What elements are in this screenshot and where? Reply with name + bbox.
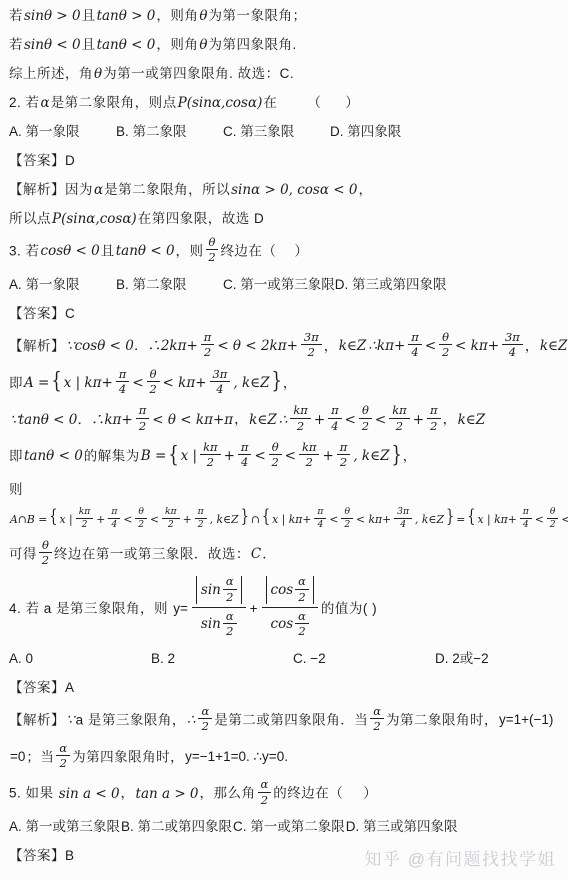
fraction-denominator: 2 <box>359 419 372 432</box>
fraction: θ2 <box>341 507 353 530</box>
fraction-denominator: 4 <box>502 345 523 358</box>
watermark: 知乎 @有问题找找学姐 <box>365 845 556 870</box>
text: 是第二象限角，则点 <box>51 95 177 110</box>
brace-glyph: { <box>50 367 62 395</box>
fraction-denominator: 4 <box>328 419 342 432</box>
answer-line: 【答案】D <box>9 151 562 171</box>
fraction-denominator: 4 <box>238 455 252 468</box>
math-text: < <box>284 448 297 464</box>
math-text: tanθ < 0 <box>115 243 176 259</box>
fraction: 3π4 <box>502 331 523 359</box>
text: 4. 若 a 是第三象限角，则 <box>9 601 172 616</box>
fraction: π4 <box>408 331 422 359</box>
fraction-denominator: 2 <box>200 455 221 468</box>
fraction: kπ2 <box>389 404 410 432</box>
text: 的值为( ) <box>321 601 377 616</box>
math-text: k∈Z <box>338 338 368 354</box>
fraction-denominator: 2 <box>162 519 180 530</box>
text: 可得 <box>9 546 37 561</box>
fraction-numerator: θ <box>39 539 52 553</box>
math-text: < kπ+ <box>560 513 568 526</box>
math-text: < θ < kπ+π <box>151 412 234 428</box>
fraction: θ2 <box>439 331 452 359</box>
fraction: kπ2 <box>290 404 311 432</box>
solution-line: A∩B ={x |kπ2+π4<θ2<kπ2+π2, k∈Z}∩{x | kπ+… <box>9 509 562 532</box>
fraction-denominator: 2 <box>135 519 147 530</box>
fraction: π4 <box>328 404 342 432</box>
math-text: < <box>534 513 545 526</box>
text: 3. 若 <box>9 243 40 258</box>
text: 【答案】C <box>9 306 75 321</box>
option-item: B. 2 <box>151 649 293 669</box>
solution-line: 若sinθ < 0且tanθ < 0，则角θ为第四象限角. <box>9 35 562 55</box>
fraction-numerator: kπ <box>389 404 410 418</box>
math-text: + <box>313 412 326 428</box>
math-text: θ <box>198 8 208 24</box>
fraction-denominator: 4 <box>108 519 120 530</box>
fraction-numerator: kπ <box>76 507 94 519</box>
solution-line: 综上所述，角θ为第一或第四象限角. 故选：C. <box>9 64 562 84</box>
fraction-numerator: kπ <box>162 507 180 519</box>
math-text: sin <box>200 582 222 598</box>
fraction-numerator: π <box>136 404 150 418</box>
math-text: < kπ+ <box>454 338 500 354</box>
brace-glyph: } <box>445 504 455 532</box>
math-text: k∈Z <box>457 412 487 428</box>
math-text: tanθ < 0 <box>96 37 157 53</box>
solution-line: 若sinθ > 0且tanθ > 0，则角θ为第一象限角； <box>9 6 562 26</box>
fraction-denominator: sinα2 <box>192 608 246 639</box>
fraction: π2 <box>201 331 215 359</box>
fraction-numerator: π <box>116 368 130 382</box>
math-text: = <box>455 513 466 526</box>
text: ， <box>121 786 135 801</box>
math-text: y= <box>172 601 189 616</box>
fraction-denominator: 2 <box>427 419 441 432</box>
text: 且 <box>101 243 115 258</box>
fraction: π4 <box>238 441 252 469</box>
text: ， <box>403 448 417 463</box>
text: 终边在（ <box>220 243 276 258</box>
math-text: θ <box>198 37 208 53</box>
math-text: ∴kπ+ <box>367 338 406 354</box>
text: （ <box>307 95 321 110</box>
fraction-denominator: 2 <box>56 756 70 769</box>
option-item: C. −2 <box>293 649 435 669</box>
fraction-denominator: 2 <box>295 590 309 603</box>
math-text: + <box>321 448 334 464</box>
options-line: A. 第一或第三象限B. 第二或第四象限C. 第一或第二象限D. 第三或第四象限 <box>9 817 562 837</box>
option-item: D. 2或−2 <box>435 649 568 669</box>
fraction-denominator: 2 <box>439 345 452 358</box>
fraction-denominator: 4 <box>394 519 412 530</box>
text: 为第四象限角时， <box>72 749 184 764</box>
text: 终边在第一或第三象限．故选： <box>54 546 250 561</box>
text: 是第二象限角，所以 <box>104 182 230 197</box>
math-text: sin a < 0 <box>58 786 121 802</box>
text: ；当 <box>26 749 54 764</box>
fraction: π4 <box>314 507 326 530</box>
math-text: ∵ <box>65 712 76 728</box>
option-item: A. 0 <box>9 649 151 669</box>
text: 的解集为 <box>84 448 140 463</box>
fraction: 3π4 <box>394 507 412 530</box>
question-line: 4. 若 a 是第三象限角，则 y=sinα2sinα2+cosα2cosα2的… <box>9 577 562 642</box>
absolute-value-bars: cosα2 <box>266 576 314 604</box>
math-text: B = <box>140 448 168 464</box>
fraction-denominator: 2 <box>201 345 215 358</box>
fraction: α2 <box>223 610 237 638</box>
fraction-denominator: 2 <box>299 455 320 468</box>
math-text: sinθ < 0 <box>23 37 82 53</box>
option-item: B. 第二象限 <box>116 275 223 295</box>
fraction-denominator: 2 <box>206 250 219 263</box>
solution-line: 则 <box>9 480 562 500</box>
solution-line: 【解析】∵a 是第三象限角，∴α2是第二或第四象限角．当α2为第二象限角时，y=… <box>9 707 562 735</box>
fraction: α2 <box>370 705 384 733</box>
fraction-denominator: 4 <box>408 345 422 358</box>
fraction: α2 <box>223 575 237 603</box>
fraction: π2 <box>427 404 441 432</box>
math-text: ∴ <box>278 412 289 428</box>
fraction-denominator: cosα2 <box>262 608 318 639</box>
text: ， <box>283 375 297 390</box>
fraction-numerator: kπ <box>299 441 320 455</box>
math-text: tan a > 0 <box>135 786 200 802</box>
fraction-denominator: 2 <box>290 419 311 432</box>
fraction: θ2 <box>135 507 147 530</box>
solution-line: 【解析】因为α是第二象限角，所以sinα > 0, cosα < 0， <box>9 180 562 200</box>
math-text: θ <box>93 66 103 82</box>
math-text: A = <box>23 375 50 391</box>
fraction-denominator: 2 <box>195 519 207 530</box>
text: ） <box>363 786 377 801</box>
math-text: A∩B = <box>9 513 48 526</box>
math-text: cosθ < 0 <box>40 243 101 259</box>
math-text: , k∈Z <box>232 375 270 391</box>
math-text: + <box>249 601 259 616</box>
solution-line: 可得θ2终边在第一或第三象限．故选：C． <box>9 541 562 569</box>
fraction: π4 <box>108 507 120 530</box>
math-text: sinα > 0, cosα < 0 <box>230 182 358 198</box>
fraction: α2 <box>295 575 309 603</box>
fraction-denominator: 2 <box>223 624 237 637</box>
fraction-numerator: θ <box>341 507 353 519</box>
fraction: θ2 <box>147 368 160 396</box>
text: 综上所述，角 <box>9 66 93 81</box>
text: 即 <box>9 375 23 390</box>
fraction-denominator: 2 <box>136 419 150 432</box>
text: ） <box>294 243 308 258</box>
text: 【答案】B <box>9 848 75 863</box>
text: 为第一或第四象限角. 故选：C. <box>103 66 294 81</box>
fraction: α2 <box>258 778 272 806</box>
math-text: tanθ > 0 <box>96 8 157 24</box>
text: 是第二或第四象限角．当 <box>214 712 368 727</box>
fraction-numerator: cosα2 <box>262 574 318 608</box>
fraction-denominator: 2 <box>389 419 410 432</box>
option-item: C. 第一或第三象限 <box>223 275 335 295</box>
fraction-denominator: 2 <box>301 345 322 358</box>
fraction-numerator: θ <box>269 441 282 455</box>
options-line: A. 第一象限B. 第二象限C. 第一或第三象限D. 第三或第四象限 <box>9 275 562 295</box>
solution-line: ∵tanθ < 0．∴kπ+π2< θ < kπ+π，k∈Z∴kπ2+π4<θ2… <box>9 406 562 434</box>
brace-glyph: { <box>466 504 476 532</box>
fraction-numerator: π <box>108 507 120 519</box>
option-item: A. 第一或第三象限 <box>9 819 120 834</box>
fraction-numerator: π <box>408 331 422 345</box>
text: ，则角 <box>156 37 198 52</box>
math-text: , k∈Z <box>352 448 390 464</box>
math-text: y=−1+1=0. ∴y=0. <box>184 749 289 764</box>
text: 【解析】 <box>9 338 65 353</box>
fraction-numerator: π <box>337 441 351 455</box>
answer-line: 【答案】A <box>9 678 562 698</box>
text: 2. 若 <box>9 95 40 110</box>
text: ，则 <box>176 243 204 258</box>
math-text: < <box>131 375 144 391</box>
math-text: , k∈Z <box>209 513 240 526</box>
option-item: A. 第一象限 <box>9 122 116 142</box>
fraction-denominator: 2 <box>147 382 160 395</box>
math-text: ∵cosθ < 0．∴2kπ+ <box>65 338 199 354</box>
brace-glyph: } <box>390 441 402 469</box>
fraction-numerator: π <box>314 507 326 519</box>
fraction-numerator: α <box>295 575 309 589</box>
text: 在 <box>263 95 277 110</box>
fraction-numerator: θ <box>206 236 219 250</box>
math-text: x | kπ+ <box>271 513 312 526</box>
text: 若 <box>9 37 23 52</box>
fraction-numerator: π <box>201 331 215 345</box>
math-text: sinθ > 0 <box>23 8 82 24</box>
option-item: D. 第三或第四象限 <box>346 819 458 834</box>
math-text: cos <box>270 582 295 598</box>
text: ， <box>443 412 457 427</box>
fraction: α2 <box>198 705 212 733</box>
text: ， <box>525 338 539 353</box>
fraction-denominator: 2 <box>341 519 353 530</box>
question-line: 5. 如果 sin a < 0，tan a > 0，那么角α2的终边在（） <box>9 780 562 808</box>
solution-line: 所以点P(sinα,cosα)在第四象限，故选 D <box>9 209 562 229</box>
text: 在第四象限，故选 D <box>138 211 265 226</box>
math-text: tanθ < 0 <box>23 448 84 464</box>
fraction-denominator: 2 <box>269 455 282 468</box>
math-text: < <box>149 513 160 526</box>
fraction-numerator: α <box>223 610 237 624</box>
option-item: A. 第一象限 <box>9 275 116 295</box>
math-text: < <box>328 513 339 526</box>
math-text: x | <box>180 448 198 464</box>
text: a 是第三象限角， <box>76 712 186 727</box>
math-text: k∈Z <box>539 338 568 354</box>
fraction: θ2 <box>547 507 559 530</box>
fraction-denominator: 2 <box>223 590 237 603</box>
math-text: k∈Z <box>248 412 278 428</box>
option-item: C. 第一或第二象限 <box>233 819 345 834</box>
math-text: α <box>93 182 104 198</box>
fraction-numerator: θ <box>135 507 147 519</box>
fraction-numerator: θ <box>147 368 160 382</box>
solution-line: 【解析】∵cosθ < 0．∴2kπ+π2< θ < 2kπ+3π2，k∈Z∴k… <box>9 333 562 361</box>
math-text: < <box>253 448 266 464</box>
text: 【解析】因为 <box>9 182 93 197</box>
fraction: π2 <box>136 404 150 432</box>
brace-glyph: { <box>48 504 58 532</box>
fraction-denominator: 2 <box>547 519 559 530</box>
fraction: kπ2 <box>162 507 180 530</box>
fraction-denominator: 4 <box>520 519 532 530</box>
option-item: C. 第三象限 <box>223 122 330 142</box>
text: 【答案】D <box>9 153 75 168</box>
fraction: kπ2 <box>299 441 320 469</box>
math-text: α <box>40 95 51 111</box>
fraction-numerator: π <box>427 404 441 418</box>
fraction: kπ2 <box>76 507 94 530</box>
text: 5. 如果 <box>9 786 58 801</box>
fraction-numerator: 3π <box>502 331 523 345</box>
brace-glyph: { <box>167 441 179 469</box>
math-text: < <box>374 412 387 428</box>
fraction-denominator: 2 <box>76 519 94 530</box>
fraction-numerator: kπ <box>200 441 221 455</box>
math-text: sin <box>200 616 222 632</box>
math-text: + <box>223 448 236 464</box>
fraction-denominator: 2 <box>295 624 309 637</box>
fraction-numerator: α <box>370 705 384 719</box>
math-text: cos <box>270 616 295 632</box>
fraction-numerator: 3π <box>394 507 412 519</box>
options-line: A. 第一象限B. 第二象限C. 第三象限D. 第四象限 <box>9 122 562 142</box>
text: ， <box>324 338 338 353</box>
math-text: ∩ <box>250 513 261 526</box>
text: 的终边在（ <box>273 786 343 801</box>
text: 即 <box>9 448 23 463</box>
text: 若 <box>9 8 23 23</box>
text: 且 <box>82 37 96 52</box>
text: 为第一象限角； <box>208 8 306 23</box>
math-text: =0 <box>9 749 26 764</box>
text: ，那么角 <box>200 786 256 801</box>
math-text: P(sinα,cosα) <box>51 211 138 227</box>
options-line: A. 0B. 2C. −2D. 2或−2 <box>9 649 562 669</box>
fraction-numerator: kπ <box>290 404 311 418</box>
math-text: < <box>122 513 133 526</box>
brace-glyph: { <box>261 504 271 532</box>
fraction-numerator: π <box>195 507 207 519</box>
answer-line: 【答案】C <box>9 304 562 324</box>
text: 【解析】 <box>9 712 65 727</box>
math-text: x | kπ+ <box>63 375 114 391</box>
option-item: B. 第二或第四象限 <box>121 819 232 834</box>
fraction: kπ2 <box>200 441 221 469</box>
math-text: x | <box>59 513 74 526</box>
math-text: y=1+(−1) <box>498 712 554 727</box>
fraction-denominator: 2 <box>370 719 384 732</box>
solution-line: 即tanθ < 0的解集为B ={x |kπ2+π4<θ2<kπ2+π2, k∈… <box>9 443 562 471</box>
text: ． <box>262 546 276 561</box>
absolute-value-bars: sinα2 <box>196 576 242 604</box>
fraction-denominator: 2 <box>39 553 52 566</box>
math-text: < θ < 2kπ+ <box>216 338 299 354</box>
solution-line: 即A ={x | kπ+π4<θ2< kπ+3π4, k∈Z}， <box>9 370 562 398</box>
fraction-numerator: θ <box>547 507 559 519</box>
text: ， <box>234 412 248 427</box>
fraction-numerator: α <box>258 778 272 792</box>
fraction-numerator: sinα2 <box>192 574 246 608</box>
fraction: θ2 <box>39 539 52 567</box>
math-text: C <box>250 546 262 562</box>
fraction-denominator: 2 <box>198 719 212 732</box>
math-text: ∴ <box>186 712 197 728</box>
fraction: θ2 <box>269 441 282 469</box>
fraction: π2 <box>195 507 207 530</box>
fraction: sinα2sinα2 <box>192 574 246 639</box>
fraction: π2 <box>337 441 351 469</box>
text: 为第二象限角时， <box>386 712 498 727</box>
fraction: π4 <box>116 368 130 396</box>
fraction: cosα2cosα2 <box>262 574 318 639</box>
math-text: ∵tanθ < 0．∴kπ+ <box>9 412 134 428</box>
fraction-numerator: 3π <box>210 368 231 382</box>
text: ，则角 <box>156 8 198 23</box>
math-text: + <box>182 513 193 526</box>
fraction-numerator: θ <box>439 331 452 345</box>
text: 为第四象限角. <box>208 37 296 52</box>
fraction-denominator: 4 <box>116 382 130 395</box>
math-text: , k∈Z <box>414 513 445 526</box>
brace-glyph: } <box>240 504 250 532</box>
math-text: < <box>344 412 357 428</box>
fraction-numerator: θ <box>359 404 372 418</box>
text: 【答案】A <box>9 680 75 695</box>
option-item: D. 第四象限 <box>330 122 437 142</box>
fraction: α2 <box>295 610 309 638</box>
fraction: 3π2 <box>301 331 322 359</box>
math-text: < <box>424 338 437 354</box>
document-body: 若sinθ > 0且tanθ > 0，则角θ为第一象限角；若sinθ < 0且t… <box>0 0 568 866</box>
fraction-denominator: 2 <box>337 455 351 468</box>
fraction-denominator: 4 <box>314 519 326 530</box>
math-text: + <box>95 513 106 526</box>
fraction-numerator: α <box>56 742 70 756</box>
fraction: π4 <box>520 507 532 530</box>
fraction-denominator: 4 <box>210 382 231 395</box>
math-text: x | kπ+ <box>477 513 518 526</box>
fraction: θ2 <box>359 404 372 432</box>
option-item: D. 第三或第四象限 <box>335 275 447 295</box>
solution-line: =0；当α2为第四象限角时，y=−1+1=0. ∴y=0. <box>9 744 562 772</box>
fraction-numerator: π <box>328 404 342 418</box>
fraction-numerator: α <box>295 610 309 624</box>
fraction-numerator: 3π <box>301 331 322 345</box>
text: 且 <box>82 8 96 23</box>
brace-glyph: } <box>271 367 283 395</box>
option-item: B. 第二象限 <box>116 122 223 142</box>
fraction-numerator: α <box>223 575 237 589</box>
text: 所以点 <box>9 211 51 226</box>
text: ） <box>345 95 359 110</box>
fraction: θ2 <box>206 236 219 264</box>
fraction-denominator: 2 <box>258 793 272 806</box>
text: 则 <box>9 482 23 497</box>
fraction: 3π4 <box>210 368 231 396</box>
text: ， <box>358 182 372 197</box>
fraction-numerator: π <box>520 507 532 519</box>
question-line: 3. 若cosθ < 0且tanθ < 0，则θ2终边在（） <box>9 238 562 266</box>
fraction-numerator: α <box>198 705 212 719</box>
fraction-numerator: π <box>238 441 252 455</box>
